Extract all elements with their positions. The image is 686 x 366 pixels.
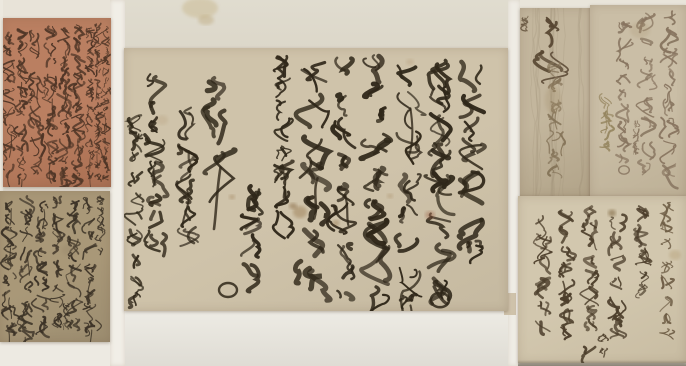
calligraphy-ink — [590, 5, 686, 197]
mount-top-left-band — [0, 0, 113, 18]
paper-letter-taupe — [0, 191, 110, 342]
calligraphy-ink — [0, 191, 110, 342]
paper-edge-shadow — [518, 360, 686, 366]
calligraphy-ink — [518, 196, 686, 363]
mount-vertical-strip-left — [110, 0, 125, 366]
calligraphy-ink — [520, 8, 590, 197]
mount-center-top-band — [124, 0, 508, 48]
paper-title-slip — [520, 8, 590, 197]
handscroll-scan — [0, 0, 686, 366]
calligraphy-ink — [3, 18, 111, 187]
mount-center-bottom-band — [124, 311, 508, 366]
paper-letter-lower-right — [518, 196, 686, 363]
paper-letter-upper-right — [590, 5, 686, 197]
paper-letter-salmon — [3, 18, 111, 187]
paper-letter-main — [124, 48, 508, 311]
calligraphy-ink — [124, 48, 508, 311]
mount-bottom-left-band — [0, 342, 111, 366]
